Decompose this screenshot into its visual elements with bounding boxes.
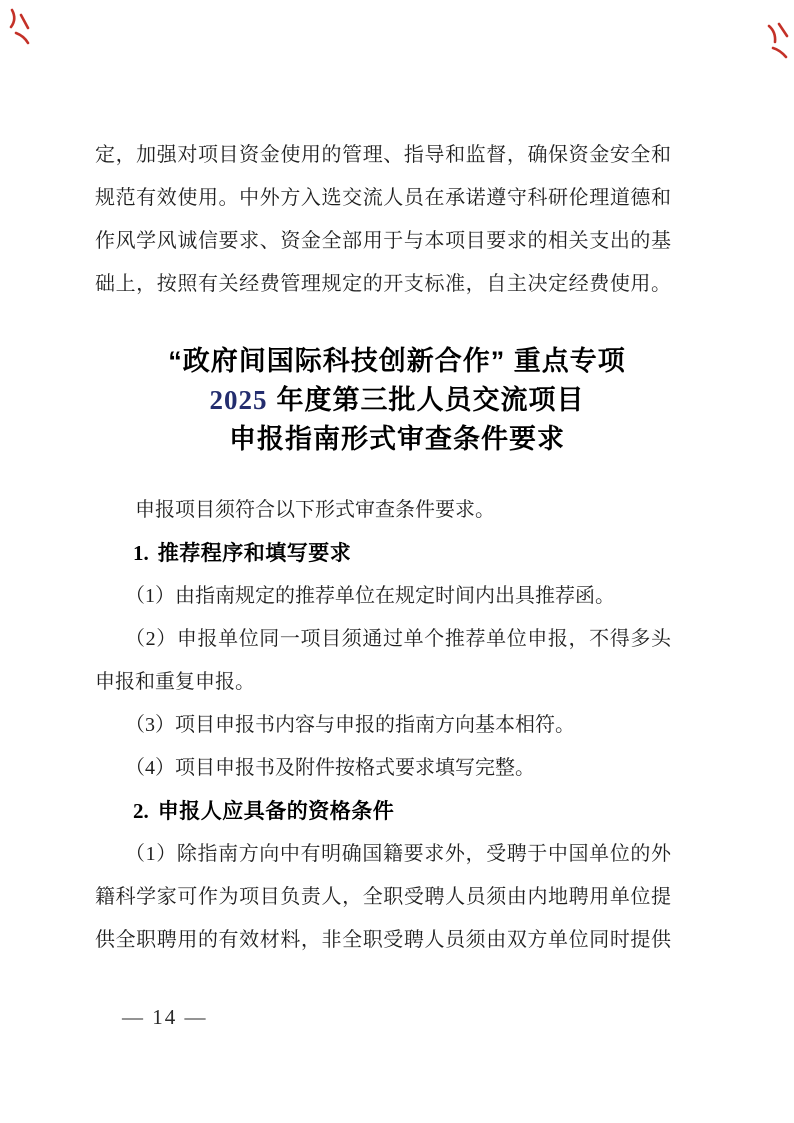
title-line-2-text: 年度第三批人员交流项目 <box>277 385 585 415</box>
section-1-item: （4）项目申报书及附件按格式要求填写完整。 <box>95 747 671 790</box>
section-1-item: （1）由指南规定的推荐单位在规定时间内出具推荐函。 <box>95 575 671 618</box>
section-1-heading: 1.推荐程序和填写要求 <box>95 532 671 575</box>
requirements-body: 申报项目须符合以下形式审查条件要求。 1.推荐程序和填写要求 （1）由指南规定的… <box>95 489 671 962</box>
section-1-item: （2）申报单位同一项目须通过单个推荐单位申报，不得多头 <box>95 618 671 661</box>
title-line-2: 2025年度第三批人员交流项目 <box>0 381 794 420</box>
section-2-number: 2. <box>133 799 149 823</box>
page-number: — 14 — <box>122 1000 208 1034</box>
document-title: “政府间国际科技创新合作” 重点专项 2025年度第三批人员交流项目 申报指南形… <box>0 342 794 459</box>
document-page: 定，加强对项目资金使用的管理、指导和监督，确保资金安全和 规范有效使用。中外方入… <box>0 0 794 1123</box>
section-2-item: （1）除指南方向中有明确国籍要求外，受聘于中国单位的外 <box>95 833 671 876</box>
section-1-title: 推荐程序和填写要求 <box>158 542 352 565</box>
paragraph-line: 规范有效使用。中外方入选交流人员在承诺遵守科研伦理道德和 <box>95 177 671 220</box>
red-corner-mark-right-icon <box>765 22 791 67</box>
requirements-intro: 申报项目须符合以下形式审查条件要求。 <box>95 489 671 532</box>
paragraph-line: 定，加强对项目资金使用的管理、指导和监督，确保资金安全和 <box>95 134 671 177</box>
section-1-item: （3）项目申报书内容与申报的指南方向基本相符。 <box>95 704 671 747</box>
section-1-item-continuation: 申报和重复申报。 <box>95 661 671 704</box>
title-year: 2025 <box>210 385 268 415</box>
section-2-item-continuation: 供全职聘用的有效材料，非全职受聘人员须由双方单位同时提供 <box>95 919 671 962</box>
title-line-1: “政府间国际科技创新合作” 重点专项 <box>0 342 794 381</box>
red-corner-mark-left-icon <box>6 7 32 56</box>
paragraph-line: 础上，按照有关经费管理规定的开支标准，自主决定经费使用。 <box>95 263 671 306</box>
section-2-item-continuation: 籍科学家可作为项目负责人，全职受聘人员须由内地聘用单位提 <box>95 876 671 919</box>
paragraph-line: 作风学风诚信要求、资金全部用于与本项目要求的相关支出的基 <box>95 220 671 263</box>
intro-paragraph: 定，加强对项目资金使用的管理、指导和监督，确保资金安全和 规范有效使用。中外方入… <box>95 134 671 306</box>
title-line-3: 申报指南形式审查条件要求 <box>0 420 794 459</box>
section-2-heading: 2.申报人应具备的资格条件 <box>95 790 671 833</box>
section-2-title: 申报人应具备的资格条件 <box>158 800 395 823</box>
section-1-number: 1. <box>133 541 149 565</box>
